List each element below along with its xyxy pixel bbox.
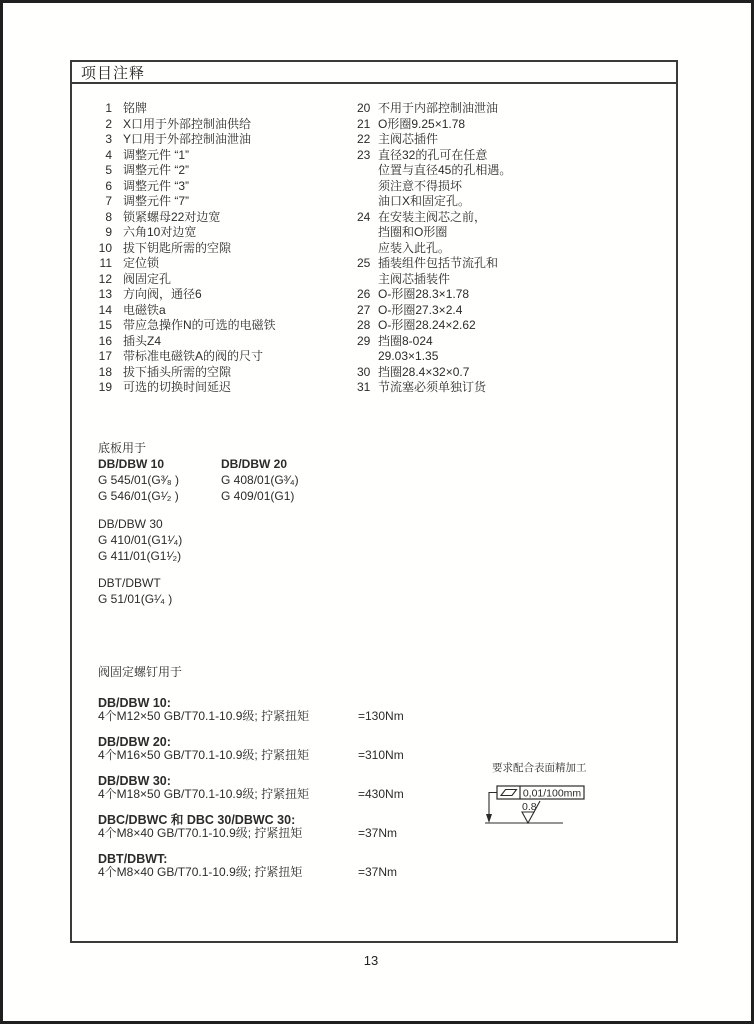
note-text: 方向阀，通径6 xyxy=(123,287,355,303)
page-number: 13 xyxy=(343,953,399,968)
note-text: 挡圈28.4×32×0.7 xyxy=(378,365,657,381)
note-text: 定位锁 xyxy=(123,256,355,272)
note-item: 应装入此孔。 xyxy=(357,241,657,257)
note-number: 27 xyxy=(357,303,374,319)
note-text: 应装入此孔。 xyxy=(378,241,657,257)
note-text: Y口用于外部控制油泄油 xyxy=(123,132,355,148)
note-text: 29.03×1.35 xyxy=(378,349,657,365)
note-text: 须注意不得损坏 xyxy=(378,179,657,195)
baseplate-group-db20: DB/DBW 20 G 408/01(G³⁄₄) G 409/01(G1) xyxy=(221,456,299,504)
title-band: 项目注释 xyxy=(72,62,676,84)
note-item: 4 调整元件 “1” xyxy=(93,148,355,164)
note-item: 15 带应急操作N的可选的电磁铁 xyxy=(93,318,355,334)
note-number: 12 xyxy=(93,272,112,288)
note-number: 30 xyxy=(357,365,374,381)
screw-spec-row: 4个M16×50 GB/T70.1-10.9级; 拧紧扭矩 =310Nm xyxy=(98,749,518,762)
note-text: 调整元件 “1” xyxy=(123,148,355,164)
note-text: 油口X和固定孔。 xyxy=(378,194,657,210)
note-number: 29 xyxy=(357,334,374,350)
screws-list: DB/DBW 10: 4个M12×50 GB/T70.1-10.9级; 拧紧扭矩… xyxy=(98,697,518,879)
content-frame: 项目注释 1 铭牌 2 X口用于外部控制油供给 3 Y口用于外部控制油泄油 4 … xyxy=(70,60,678,943)
note-number: 9 xyxy=(93,225,112,241)
note-number xyxy=(357,163,374,179)
baseplate-group-db30: DB/DBW 30 G 410/01(G1¹⁄₄) G 411/01(G1¹⁄₂… xyxy=(98,516,182,564)
note-item: 23 直径32的孔可在任意 xyxy=(357,148,657,164)
note-text: 带标准电磁铁A的阀的尺寸 xyxy=(123,349,355,365)
note-text: 可选的切换时间延迟 xyxy=(123,380,355,396)
note-item: 24 在安装主阀芯之前， xyxy=(357,210,657,226)
note-number xyxy=(357,225,374,241)
note-item: 18 拔下插头所需的空隙 xyxy=(93,365,355,381)
page-title: 项目注释 xyxy=(81,62,145,83)
note-item: 14 电磁铁a xyxy=(93,303,355,319)
surface-finish-note: 要求配合表面精加工 0,01/100mm 0.8 xyxy=(481,760,671,833)
baseplate-code: G 51/01(G¹⁄₄ ) xyxy=(98,591,172,607)
note-number: 23 xyxy=(357,148,374,164)
note-text: X口用于外部控制油供给 xyxy=(123,117,355,133)
note-text: 主阀芯插件 xyxy=(378,132,657,148)
note-item: 5 调整元件 “2” xyxy=(93,163,355,179)
note-text: 阀固定孔 xyxy=(123,272,355,288)
baseplate-group-dbt: DBT/DBWT G 51/01(G¹⁄₄ ) xyxy=(98,575,172,607)
note-text: 挡圈8-024 xyxy=(378,334,657,350)
screw-spec: 4个M8×40 GB/T70.1-10.9级; 拧紧扭矩 xyxy=(98,826,302,840)
note-number xyxy=(357,179,374,195)
parallelogram-flatness-icon xyxy=(501,790,517,796)
note-number xyxy=(357,241,374,257)
note-item: 27 O-形圈27.3×2.4 xyxy=(357,303,657,319)
note-text: 位置与直径45的孔相遇。 xyxy=(378,163,657,179)
note-item: 6 调整元件 “3” xyxy=(93,179,355,195)
note-item: 28 O-形圈28.24×2.62 xyxy=(357,318,657,334)
note-item: 17 带标准电磁铁A的阀的尺寸 xyxy=(93,349,355,365)
note-text: 在安装主阀芯之前， xyxy=(378,210,657,226)
note-item: 8 锁紧螺母22对边宽 xyxy=(93,210,355,226)
note-number: 31 xyxy=(357,380,374,396)
baseplate-group-title: DB/DBW 30 xyxy=(98,516,182,532)
screw-spec: 4个M8×40 GB/T70.1-10.9级; 拧紧扭矩 xyxy=(98,865,302,879)
screw-torque-value: =310Nm xyxy=(358,749,404,762)
baseplate-heading: 底板用于 xyxy=(98,440,428,456)
note-text: 六角10对边宽 xyxy=(123,225,355,241)
note-number xyxy=(357,272,374,288)
note-item: 22 主阀芯插件 xyxy=(357,132,657,148)
screws-heading: 阀固定螺钉用于 xyxy=(98,665,518,679)
note-text: 直径32的孔可在任意 xyxy=(378,148,657,164)
screw-spec-row: 4个M12×50 GB/T70.1-10.9级; 拧紧扭矩 =130Nm xyxy=(98,710,518,723)
note-number: 15 xyxy=(93,318,112,334)
note-text: O-形圈27.3×2.4 xyxy=(378,303,657,319)
note-item: 19 可选的切换时间延迟 xyxy=(93,380,355,396)
screw-spec: 4个M18×50 GB/T70.1-10.9级; 拧紧扭矩 xyxy=(98,787,309,801)
document-page: { "colors": { "ink": "#2b2b2b", "frame":… xyxy=(0,0,754,1024)
screw-block: DB/DBW 30: 4个M18×50 GB/T70.1-10.9级; 拧紧扭矩… xyxy=(98,775,518,801)
note-item: 9 六角10对边宽 xyxy=(93,225,355,241)
note-item: 26 O-形圈28.3×1.78 xyxy=(357,287,657,303)
note-number xyxy=(357,194,374,210)
note-item: 20 不用于内部控制油泄油 xyxy=(357,101,657,117)
note-number: 11 xyxy=(93,256,112,272)
note-text: 电磁铁a xyxy=(123,303,355,319)
screw-torque-value: =37Nm xyxy=(358,827,397,840)
baseplate-code: G 411/01(G1¹⁄₂) xyxy=(98,548,182,564)
note-item: 29.03×1.35 xyxy=(357,349,657,365)
notes-column-right: 20 不用于内部控制油泄油 21 O形圈9.25×1.78 22 主阀芯插件 2… xyxy=(357,101,657,396)
note-text: 插头Z4 xyxy=(123,334,355,350)
note-text: 铭牌 xyxy=(123,101,355,117)
note-item: 挡圈和O形圈 xyxy=(357,225,657,241)
note-item: 主阀芯插装件 xyxy=(357,272,657,288)
note-number: 3 xyxy=(93,132,112,148)
note-number: 24 xyxy=(357,210,374,226)
note-text: 节流塞必须单独订货 xyxy=(378,380,657,396)
baseplate-code: G 410/01(G1¹⁄₄) xyxy=(98,532,182,548)
leader-arrow-icon xyxy=(486,814,492,823)
note-text: 调整元件 “3” xyxy=(123,179,355,195)
note-number: 7 xyxy=(93,194,112,210)
note-text: 锁紧螺母22对边宽 xyxy=(123,210,355,226)
baseplate-code: G 408/01(G³⁄₄) xyxy=(221,472,299,488)
screws-section: 阀固定螺钉用于 DB/DBW 10: 4个M12×50 GB/T70.1-10.… xyxy=(98,665,518,892)
screw-torque-value: =130Nm xyxy=(358,710,404,723)
note-item: 21 O形圈9.25×1.78 xyxy=(357,117,657,133)
note-number: 10 xyxy=(93,241,112,257)
note-number: 28 xyxy=(357,318,374,334)
note-number: 18 xyxy=(93,365,112,381)
surface-finish-symbol: 0,01/100mm 0.8 xyxy=(481,778,671,833)
note-item: 29 挡圈8-024 xyxy=(357,334,657,350)
note-number: 14 xyxy=(93,303,112,319)
baseplate-code: G 545/01(G³⁄₈ ) xyxy=(98,472,179,488)
note-number: 20 xyxy=(357,101,374,117)
note-number: 5 xyxy=(93,163,112,179)
screw-spec: 4个M12×50 GB/T70.1-10.9级; 拧紧扭矩 xyxy=(98,709,309,723)
baseplate-group-title: DB/DBW 10 xyxy=(98,456,179,472)
note-number: 2 xyxy=(93,117,112,133)
baseplate-code: G 409/01(G1) xyxy=(221,488,299,504)
note-text: 挡圈和O形圈 xyxy=(378,225,657,241)
note-item: 1 铭牌 xyxy=(93,101,355,117)
screw-torque-value: =37Nm xyxy=(358,866,397,879)
note-text: O-形圈28.3×1.78 xyxy=(378,287,657,303)
note-number: 21 xyxy=(357,117,374,133)
note-text: 主阀芯插装件 xyxy=(378,272,657,288)
screw-block: DBC/DBWC 和 DBC 30/DBWC 30: 4个M8×40 GB/T7… xyxy=(98,814,518,840)
surface-finish-label: 要求配合表面精加工 xyxy=(481,760,671,775)
baseplate-section: 底板用于 DB/DBW 10 G 545/01(G³⁄₈ ) G 546/01(… xyxy=(98,440,428,456)
note-item: 31 节流塞必须单独订货 xyxy=(357,380,657,396)
flatness-tolerance-value: 0,01/100mm xyxy=(523,788,582,800)
note-number: 17 xyxy=(93,349,112,365)
surface-finish-check-icon xyxy=(522,812,534,823)
screw-torque-value: =430Nm xyxy=(358,788,404,801)
note-item: 3 Y口用于外部控制油泄油 xyxy=(93,132,355,148)
note-item: 30 挡圈28.4×32×0.7 xyxy=(357,365,657,381)
note-item: 11 定位锁 xyxy=(93,256,355,272)
screw-block: DB/DBW 10: 4个M12×50 GB/T70.1-10.9级; 拧紧扭矩… xyxy=(98,697,518,723)
note-item: 位置与直径45的孔相遇。 xyxy=(357,163,657,179)
note-item: 10 拔下钥匙所需的空隙 xyxy=(93,241,355,257)
note-item: 12 阀固定孔 xyxy=(93,272,355,288)
note-number: 16 xyxy=(93,334,112,350)
note-text: 带应急操作N的可选的电磁铁 xyxy=(123,318,355,334)
screw-spec: 4个M16×50 GB/T70.1-10.9级; 拧紧扭矩 xyxy=(98,748,309,762)
note-item: 13 方向阀，通径6 xyxy=(93,287,355,303)
note-item: 2 X口用于外部控制油供给 xyxy=(93,117,355,133)
note-item: 7 调整元件 “7” xyxy=(93,194,355,210)
baseplate-group-title: DB/DBW 20 xyxy=(221,456,299,472)
baseplate-group-db10: DB/DBW 10 G 545/01(G³⁄₈ ) G 546/01(G¹⁄₂ … xyxy=(98,456,179,504)
note-text: 拔下钥匙所需的空隙 xyxy=(123,241,355,257)
note-item: 25 插装组件包括节流孔和 xyxy=(357,256,657,272)
note-number: 13 xyxy=(93,287,112,303)
baseplate-group-title: DBT/DBWT xyxy=(98,575,172,591)
note-number: 1 xyxy=(93,101,112,117)
screw-spec-row: 4个M8×40 GB/T70.1-10.9级; 拧紧扭矩 =37Nm xyxy=(98,866,518,879)
note-number: 8 xyxy=(93,210,112,226)
screw-spec-row: 4个M8×40 GB/T70.1-10.9级; 拧紧扭矩 =37Nm xyxy=(98,827,518,840)
note-number: 4 xyxy=(93,148,112,164)
note-text: 拔下插头所需的空隙 xyxy=(123,365,355,381)
screw-block: DBT/DBWT: 4个M8×40 GB/T70.1-10.9级; 拧紧扭矩 =… xyxy=(98,853,518,879)
notes-column-left: 1 铭牌 2 X口用于外部控制油供给 3 Y口用于外部控制油泄油 4 调整元件 … xyxy=(93,101,355,396)
note-number xyxy=(357,349,374,365)
note-number: 6 xyxy=(93,179,112,195)
note-text: 调整元件 “7” xyxy=(123,194,355,210)
note-text: O-形圈28.24×2.62 xyxy=(378,318,657,334)
note-text: 不用于内部控制油泄油 xyxy=(378,101,657,117)
note-text: O形圈9.25×1.78 xyxy=(378,117,657,133)
note-number: 19 xyxy=(93,380,112,396)
note-number: 25 xyxy=(357,256,374,272)
note-number: 22 xyxy=(357,132,374,148)
note-number: 26 xyxy=(357,287,374,303)
baseplate-code: G 546/01(G¹⁄₂ ) xyxy=(98,488,179,504)
note-text: 插装组件包括节流孔和 xyxy=(378,256,657,272)
screw-spec-row: 4个M18×50 GB/T70.1-10.9级; 拧紧扭矩 =430Nm xyxy=(98,788,518,801)
note-text: 调整元件 “2” xyxy=(123,163,355,179)
screw-block: DB/DBW 20: 4个M16×50 GB/T70.1-10.9级; 拧紧扭矩… xyxy=(98,736,518,762)
note-item: 须注意不得损坏 xyxy=(357,179,657,195)
note-item: 油口X和固定孔。 xyxy=(357,194,657,210)
note-item: 16 插头Z4 xyxy=(93,334,355,350)
